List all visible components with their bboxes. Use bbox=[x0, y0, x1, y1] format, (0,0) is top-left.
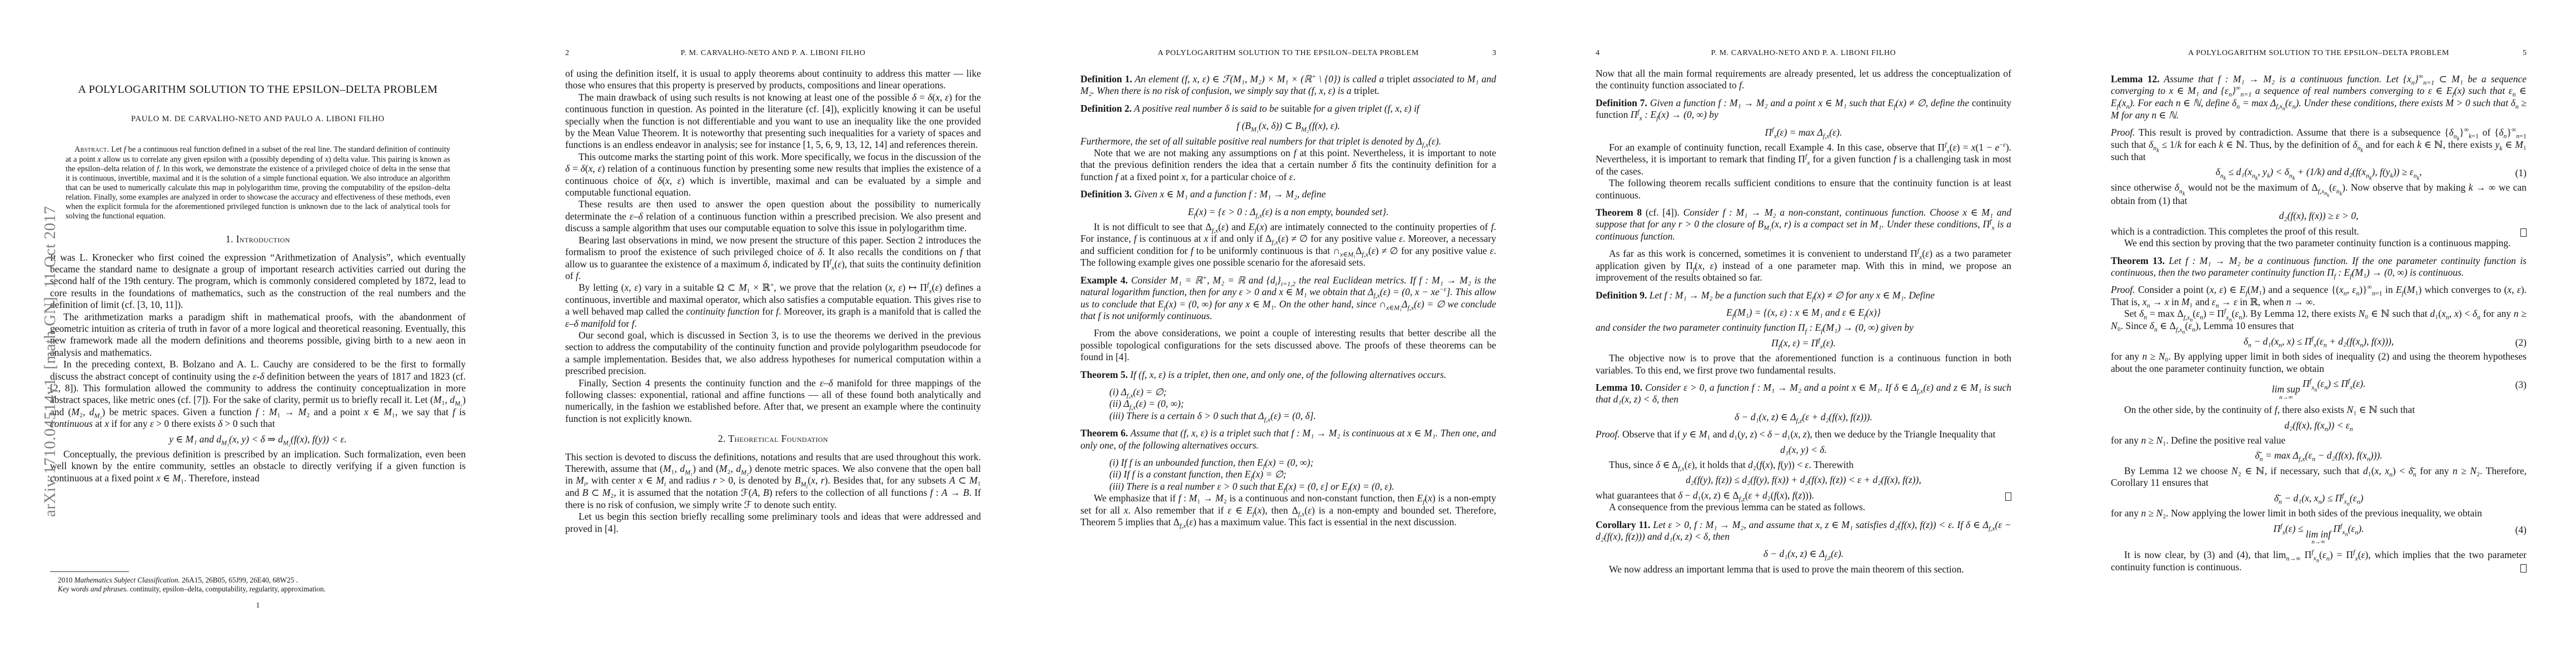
paragraph: Let us begin this section briefly recall… bbox=[565, 511, 981, 535]
paragraph: These results are then used to answer th… bbox=[565, 198, 981, 234]
paragraph: By letting (x, ε) vary in a suitable Ω ⊂… bbox=[565, 282, 981, 330]
paragraph: Our second goal, which is discussed in S… bbox=[565, 330, 981, 377]
paper-title: A POLYLOGARITHM SOLUTION TO THE EPSILON–… bbox=[67, 82, 449, 97]
page-number: 5 bbox=[2523, 49, 2527, 58]
list-item: (i) If f is an unbounded function, then … bbox=[1080, 457, 1496, 469]
page-2-body: of using the definition itself, it is us… bbox=[565, 68, 981, 535]
document-pages: A POLYLOGARITHM SOLUTION TO THE EPSILON–… bbox=[0, 0, 2576, 667]
theorem-block: Theorem 8 (cf. [4]). Consider f : M₁ → M… bbox=[1596, 207, 2011, 242]
proof-paragraph: Proof. Consider a point (x, ε) ∈ Ef(M₁) … bbox=[2111, 284, 2527, 308]
equation-number: (2) bbox=[2515, 337, 2527, 349]
list-item: (iii) There is a real number ε > 0 such … bbox=[1080, 481, 1496, 492]
paragraph: On the other side, by the continuity of … bbox=[2111, 404, 2527, 416]
equation-number: (1) bbox=[2515, 167, 2527, 179]
proof-paragraph: Proof. This result is proved by contradi… bbox=[2111, 127, 2527, 163]
theorem-block: Definition 9. Let f : M₁ → M₂ be a funct… bbox=[1596, 290, 2011, 301]
paragraph: It is not difficult to see that Δf,x(ε) … bbox=[1080, 221, 1496, 269]
paragraph: We emphasize that if f : M₁ → M₂ is a co… bbox=[1080, 492, 1496, 528]
display-equation: d₂(f(x), f(xn)) < εn bbox=[2111, 420, 2527, 431]
paragraph: From the above considerations, we point … bbox=[1080, 327, 1496, 363]
paragraph: of using the definition itself, it is us… bbox=[565, 68, 981, 92]
paragraph: In the preceding context, B. Bolzano and… bbox=[50, 359, 466, 430]
display-equation: Ef(x) = {ε > 0 : Δf,x(ε) is a non empty,… bbox=[1080, 206, 1496, 218]
theorem-block: Theorem 13. Let f : M₁ → M₂ be a continu… bbox=[2111, 255, 2527, 279]
display-equation: δn − d₁(xn, x) ≤ Πfx(εn + d₂(f(xn), f(x)… bbox=[2111, 336, 2527, 347]
running-head: 4 P. M. CARVALHO-NETO AND P. A. LIBONI F… bbox=[1596, 49, 2011, 58]
page-4-body: Now that all the main formal requirement… bbox=[1596, 68, 2011, 575]
qed-box bbox=[2520, 228, 2527, 237]
display-equation: d₂(f(x), f(x)) ≥ ε > 0, bbox=[2111, 210, 2527, 222]
display-equation: Πf(x, ε) = Πfx(ε). bbox=[1596, 337, 2011, 349]
display-equation: δ − d₁(x, z) ∈ Δf,z(ε + d₂(f(x), f(z))). bbox=[1596, 411, 2011, 423]
paragraph: It is now clear, by (3) and (4), that li… bbox=[2111, 549, 2527, 573]
running-head-text: P. M. CARVALHO-NETO AND P. A. LIBONI FIL… bbox=[681, 49, 866, 57]
theorem-block: Theorem 6. Assume that (f, x, ε) is a tr… bbox=[1080, 427, 1496, 451]
paragraph: Thus, since δ ∈ Δf,x(ε), it holds that d… bbox=[1596, 459, 2011, 471]
page-number: 4 bbox=[1596, 49, 1600, 58]
running-head: 2 P. M. CARVALHO-NETO AND P. A. LIBONI F… bbox=[565, 49, 981, 58]
display-equation: Ef(M₁) = {(x, ε) : x ∈ M₁ and ε ∈ Ef(x)} bbox=[1596, 307, 2011, 318]
paragraph: The following theorem recalls sufficient… bbox=[1596, 177, 2011, 201]
paragraph: since otherwise δnk would not be the max… bbox=[2111, 182, 2527, 207]
paragraph: This section is devoted to discuss the d… bbox=[565, 451, 981, 511]
arxiv-watermark: arXiv:1710.04514v1 [math.GN] 11 Oct 2017 bbox=[41, 167, 59, 556]
page-5-body: Lemma 12. Assume that f : M₁ → M₂ is a c… bbox=[2111, 68, 2527, 573]
paragraph: The main drawback of using such results … bbox=[565, 92, 981, 151]
footnote-lines: 2010 Mathematics Subject Classification.… bbox=[50, 576, 466, 594]
display-equation: Πfx(ε) = max Δf,x(ε). bbox=[1596, 127, 2011, 138]
page-number: 3 bbox=[1492, 49, 1496, 58]
theorem-block: Lemma 12. Assume that f : M₁ → M₂ is a c… bbox=[2111, 73, 2527, 121]
theorem-block: Theorem 5. If (f, x, ε) is a triplet, th… bbox=[1080, 369, 1496, 381]
paragraph: As far as this work is concerned, someti… bbox=[1596, 248, 2011, 283]
paragraph: Conceptually, the previous definition is… bbox=[50, 449, 466, 484]
display-equation: f (BM₁(x, δ)) ⊂ BM₂(f(x), ε). bbox=[1080, 120, 1496, 132]
theorem-block: Lemma 10. Consider ε > 0, a function f :… bbox=[1596, 382, 2011, 406]
paragraph: For an example of continuity function, r… bbox=[1596, 142, 2011, 177]
paper-authors: PAULO M. DE CARVALHO-NETO AND PAULO A. L… bbox=[50, 113, 466, 125]
paragraph: The arithmetization marks a paradigm shi… bbox=[50, 311, 466, 359]
page-1: A POLYLOGARITHM SOLUTION TO THE EPSILON–… bbox=[0, 0, 515, 667]
display-equation: lim supn→∞ Πfxn(εn) ≤ Πfx(ε).(3) bbox=[2111, 378, 2527, 401]
paragraph: Now that all the main formal requirement… bbox=[1596, 68, 2011, 92]
theorem-block: and consider the two parameter continuit… bbox=[1596, 322, 2011, 333]
running-head: A POLYLOGARITHM SOLUTION TO THE EPSILON–… bbox=[1080, 49, 1496, 58]
paragraph: By Lemma 12 we choose N₂ ∈ ℕ, if necessa… bbox=[2111, 465, 2527, 489]
display-equation: Πfx(ε) ≤ lim infn→∞ Πfxn(εn).(4) bbox=[2111, 523, 2527, 546]
theorem-block: Furthermore, the set of all suitable pos… bbox=[1080, 136, 1496, 147]
list-item: (i) Δf,x(ε) = ∅; bbox=[1080, 386, 1496, 398]
page-1-body: A POLYLOGARITHM SOLUTION TO THE EPSILON–… bbox=[50, 82, 466, 484]
display-equation: δnk ≤ d₁(xnk, yk) < δnk + (1/k) and d₂(f… bbox=[2111, 166, 2527, 178]
theorem-block: Example 4. Consider M₁ = ℝ+, M₂ = ℝ and … bbox=[1080, 275, 1496, 322]
equation-number: (4) bbox=[2515, 524, 2527, 536]
theorem-block: Definition 2. A positive real number δ i… bbox=[1080, 103, 1496, 115]
display-equation: δ̄n − d₁(x, xn) ≤ Πfxn(εn) bbox=[2111, 492, 2527, 505]
section-heading: 2. Theoretical Foundation bbox=[565, 433, 981, 445]
display-equation: δ − d₁(x, z) ∈ Δf,z(ε). bbox=[1596, 548, 2011, 560]
paragraph: Bearing last observations in mind, we no… bbox=[565, 235, 981, 282]
display-equation: y ∈ M₁ and dM₁(x, y) < δ ⇒ dM₂(f(x), f(y… bbox=[50, 434, 466, 445]
running-head-text: A POLYLOGARITHM SOLUTION TO THE EPSILON–… bbox=[2188, 49, 2449, 57]
qed-box bbox=[2520, 564, 2527, 573]
paragraph: what guarantees that δ − d₁(x, z) ∈ Δf,z… bbox=[1596, 490, 2011, 501]
running-head-text: A POLYLOGARITHM SOLUTION TO THE EPSILON–… bbox=[1158, 49, 1419, 57]
paragraph: for any n ≥ N₁. Define the positive real… bbox=[2111, 435, 2527, 446]
equation-number: (3) bbox=[2515, 379, 2527, 391]
page-5: A POLYLOGARITHM SOLUTION TO THE EPSILON–… bbox=[2061, 0, 2576, 667]
paragraph: The objective now is to prove that the a… bbox=[1596, 352, 2011, 376]
abstract: Abstract. Let f be a continuous real fun… bbox=[66, 145, 450, 221]
proof-paragraph: Proof. Observe that if y ∈ M₁ and d₁(y, … bbox=[1596, 429, 2011, 440]
page-number: 2 bbox=[565, 49, 569, 58]
page-number: 1 bbox=[50, 601, 466, 610]
running-head-text: P. M. CARVALHO-NETO AND P. A. LIBONI FIL… bbox=[1711, 49, 1896, 57]
display-equation: d₁(x, y) < δ. bbox=[1596, 444, 2011, 456]
paragraph: A consequence from the previous lemma ca… bbox=[1596, 501, 2011, 513]
display-equation: δ̄n = max Δf,x(εn − d₂(f(x), f(xn))). bbox=[2111, 450, 2527, 461]
list-item: (ii) If f is a constant function, then E… bbox=[1080, 469, 1496, 480]
page-2: 2 P. M. CARVALHO-NETO AND P. A. LIBONI F… bbox=[515, 0, 1030, 667]
footnote-line: 2010 Mathematics Subject Classification.… bbox=[50, 576, 466, 585]
page-3-body: Definition 1. An element (f, x, ε) ∈ ℱ(M… bbox=[1080, 68, 1496, 528]
theorem-block: Definition 7. Given a function f : M₁ → … bbox=[1596, 97, 2011, 121]
qed-box bbox=[2005, 492, 2011, 501]
paragraph: for any n ≥ N₂. Now applying the lower l… bbox=[2111, 507, 2527, 519]
list-item: (ii) Δf,x(ε) = (0, ∞); bbox=[1080, 398, 1496, 410]
page-4: 4 P. M. CARVALHO-NETO AND P. A. LIBONI F… bbox=[1546, 0, 2061, 667]
footnote-rule bbox=[50, 571, 129, 572]
list-item: (iii) There is a certain δ > 0 such that… bbox=[1080, 410, 1496, 422]
running-head: A POLYLOGARITHM SOLUTION TO THE EPSILON–… bbox=[2111, 49, 2527, 58]
section-heading: 1. Introduction bbox=[50, 233, 466, 245]
footnote-block: 2010 Mathematics Subject Classification.… bbox=[50, 571, 466, 594]
theorem-block: Definition 3. Given x ∈ M₁ and a functio… bbox=[1080, 188, 1496, 200]
paragraph: Note that we are not making any assumpti… bbox=[1080, 147, 1496, 183]
paragraph: which is a contradiction. This completes… bbox=[2111, 226, 2527, 237]
footnote-line: Key words and phrases. continuity, epsil… bbox=[50, 585, 466, 594]
paragraph: This outcome marks the starting point of… bbox=[565, 151, 981, 199]
theorem-block: Definition 1. An element (f, x, ε) ∈ ℱ(M… bbox=[1080, 73, 1496, 97]
paragraph: for any n ≥ N₀. By applying upper limit … bbox=[2111, 351, 2527, 375]
paragraph: We end this section by proving that the … bbox=[2111, 237, 2527, 249]
paragraph: It was L. Kronecker who first coined the… bbox=[50, 252, 466, 311]
theorem-block: Corollary 11. Let ε > 0, f : M₁ → M₂, an… bbox=[1596, 519, 2011, 543]
paragraph: We now address an important lemma that i… bbox=[1596, 564, 2011, 575]
paragraph: Finally, Section 4 presents the continui… bbox=[565, 377, 981, 425]
page-3: A POLYLOGARITHM SOLUTION TO THE EPSILON–… bbox=[1030, 0, 1546, 667]
paragraph: Set δn = max Δf,xn(εn) = Πfxn(εn). By Le… bbox=[2111, 308, 2527, 332]
display-equation: d₂(f(y), f(z)) ≤ d₂(f(y), f(x)) + d₂(f(x… bbox=[1596, 474, 2011, 486]
